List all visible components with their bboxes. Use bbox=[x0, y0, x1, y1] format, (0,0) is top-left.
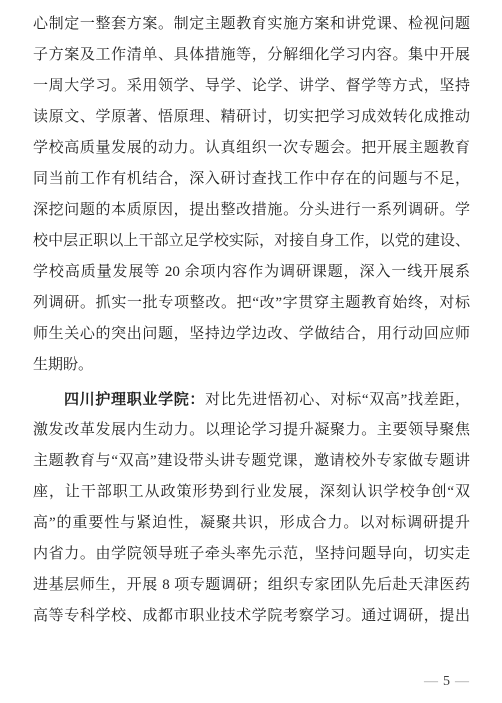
paragraph-line: 深挖问题的本质原因，提出整改措施。分头进行一系列调研。学 bbox=[33, 195, 470, 226]
paragraph-line: 主题教育与“双高”建设带头讲专题党课，邀请校外专家做专题讲 bbox=[33, 446, 470, 477]
paragraph-line: 进基层师生，开展 8 项专题调研；组织专家团队先后赴天津医药 bbox=[33, 570, 470, 601]
paragraph-line: 列调研。抓实一批专项整改。把“改”字贯穿主题教育始终，对标 bbox=[33, 288, 470, 319]
paragraph-2: 四川护理职业学院：对比先进悟初心、对标“双高”找差距， 激发改革发展内生动力。以… bbox=[33, 384, 470, 632]
footer-right-dash: — bbox=[450, 674, 474, 689]
paragraph-line: 师生关心的突出问题，坚持边学边改、学做结合，用行动回应师 bbox=[33, 319, 470, 350]
paragraph-line: 学校高质量发展的动力。认真组织一次专题会。把开展主题教育 bbox=[33, 133, 470, 164]
document-body-text: 心制定一整套方案。制定主题教育实施方案和讲党课、检视问题 子方案及工作清单、具体… bbox=[33, 9, 470, 632]
page-footer: —5— bbox=[419, 673, 474, 691]
paragraph-last-line: 生期盼。 bbox=[33, 350, 470, 381]
paragraph-line: 学校高质量发展等 20 余项内容作为调研课题，深入一线开展系 bbox=[33, 257, 470, 288]
paragraph-first-line: 四川护理职业学院：对比先进悟初心、对标“双高”找差距， bbox=[33, 384, 470, 415]
paragraph-line: 读原文、学原著、悟原理、精研讨，切实把学习成效转化成推动 bbox=[33, 102, 470, 133]
paragraph-1: 心制定一整套方案。制定主题教育实施方案和讲党课、检视问题 子方案及工作清单、具体… bbox=[33, 9, 470, 381]
paragraph-line: 一周大学习。采用领学、导学、论学、讲学、督学等方式，坚持 bbox=[33, 71, 470, 102]
paragraph-line: 内省力。由学院领导班子牵头率先示范，坚持问题导向，切实走 bbox=[33, 539, 470, 570]
document-page: 心制定一整套方案。制定主题教育实施方案和讲党课、检视问题 子方案及工作清单、具体… bbox=[0, 0, 502, 703]
paragraph-line-text: 对比先进悟初心、对标“双高”找差距， bbox=[205, 392, 470, 408]
page-number: 5 bbox=[443, 674, 450, 689]
paragraph-line: 座，让干部职工从政策形势到行业发展，深刻认识学校争创“双 bbox=[33, 477, 470, 508]
paragraph-line: 心制定一整套方案。制定主题教育实施方案和讲党课、检视问题 bbox=[33, 9, 470, 40]
org-name-bold: 四川护理职业学院： bbox=[64, 391, 205, 408]
paragraph-line: 同当前工作有机结合，深入研讨查找工作中存在的问题与不足， bbox=[33, 164, 470, 195]
paragraph-line: 子方案及工作清单、具体措施等，分解细化学习内容。集中开展 bbox=[33, 40, 470, 71]
paragraph-line: 高”的重要性与紧迫性，凝聚共识，形成合力。以对标调研提升 bbox=[33, 508, 470, 539]
paragraph-line: 激发改革发展内生动力。以理论学习提升凝聚力。主要领导聚焦 bbox=[33, 415, 470, 446]
paragraph-line: 高等专科学校、成都市职业技术学院考察学习。通过调研，提出 bbox=[33, 601, 470, 632]
paragraph-line: 校中层正职以上干部立足学校实际，对接自身工作，以党的建设、 bbox=[33, 226, 470, 257]
footer-left-dash: — bbox=[419, 674, 443, 689]
